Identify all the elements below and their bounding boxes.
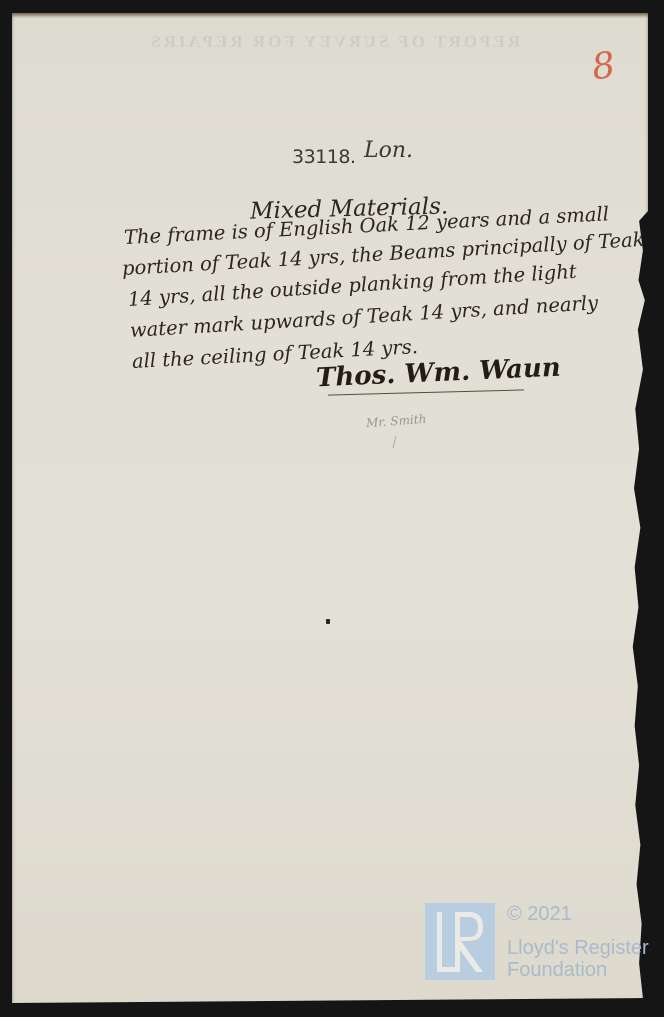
watermark-copyright: © 2021 [507, 903, 572, 926]
watermark-org-line1: Lloyd's Register [507, 937, 649, 960]
reference-number: 33118. [292, 146, 355, 168]
lr-logo-icon [425, 903, 495, 980]
bleed-through-header-text: REPORT OF SURVEY FOR REPAIRS [100, 32, 520, 52]
watermark: © 2021 Lloyd's Register Foundation [425, 903, 650, 983]
scan-viewport: REPORT OF SURVEY FOR REPAIRS 8 33118. Lo… [0, 0, 664, 1017]
watermark-org-line2: Foundation [507, 959, 607, 982]
ink-speck [326, 619, 330, 624]
reference-port: Lon. [364, 138, 413, 163]
